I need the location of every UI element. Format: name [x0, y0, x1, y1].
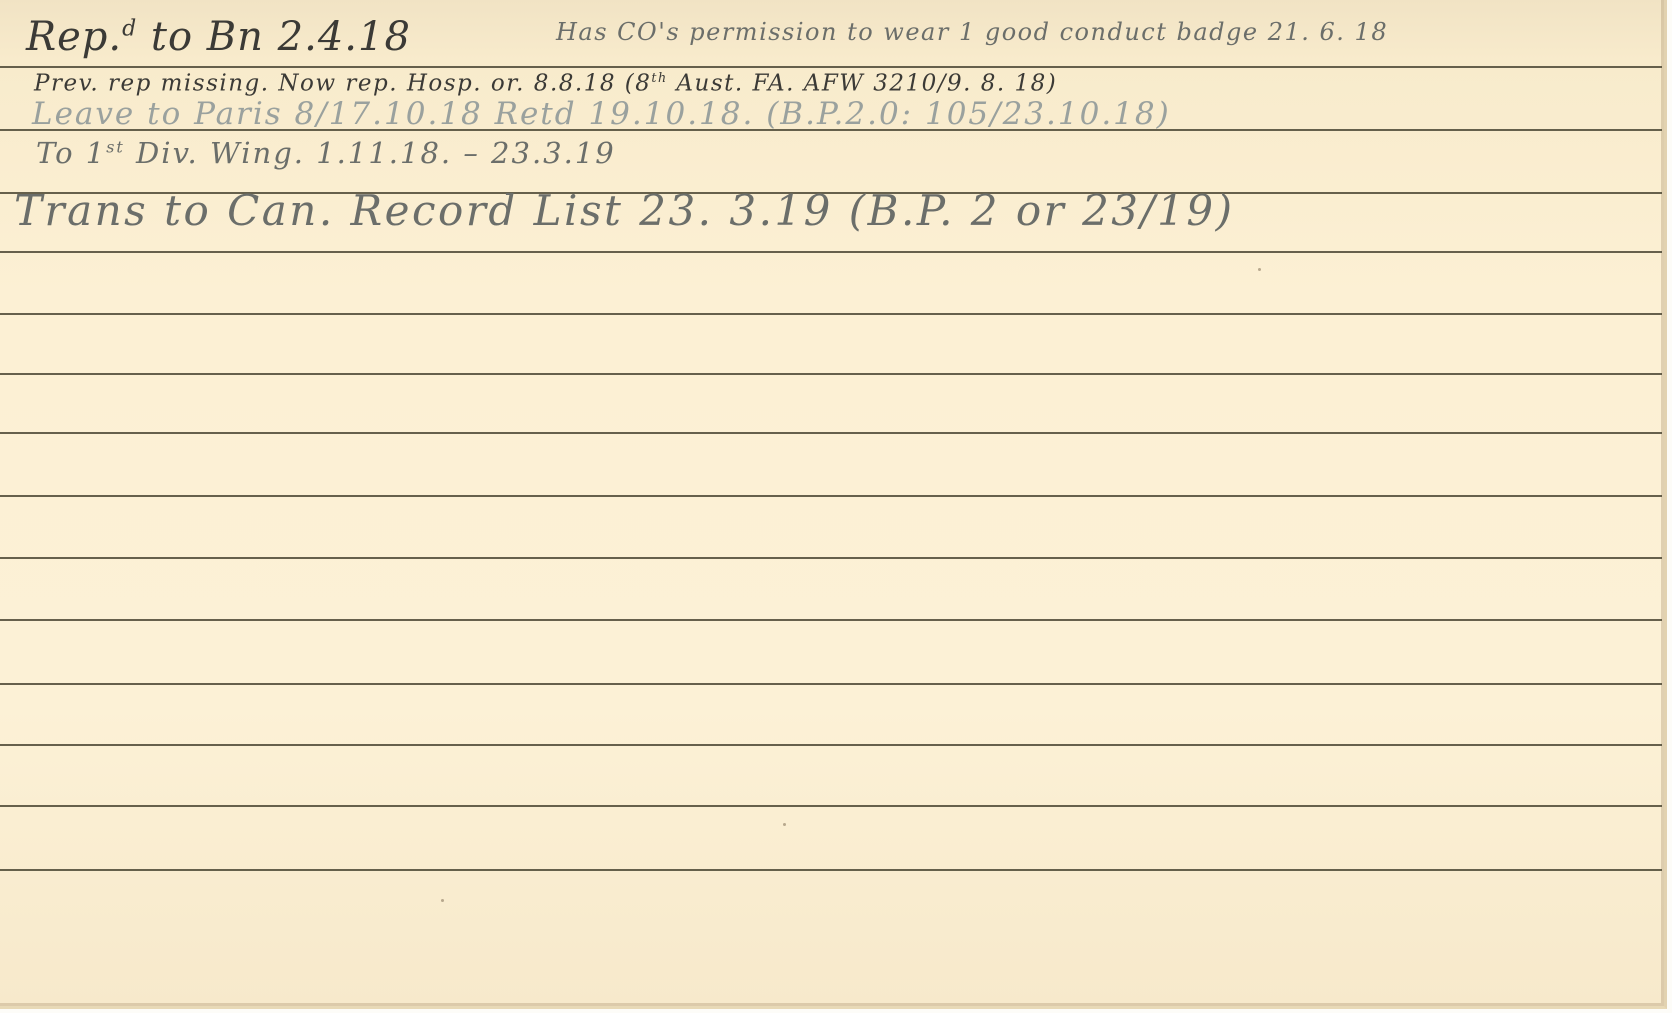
- ruled-line: [0, 619, 1662, 621]
- entry-leave-to-paris: Leave to Paris 8/17.10.18 Retd 19.10.18.…: [32, 96, 1171, 132]
- entry-text: Trans to Can. Record List 23. 3.19 (B.P.…: [14, 186, 1235, 235]
- entry-text: To 1: [36, 136, 106, 170]
- entry-text: Aust. FA. AFW 3210/9. 8. 18): [668, 71, 1058, 97]
- entry-reported-to-battalion: Rep.d to Bn 2.4.18: [26, 14, 411, 60]
- paper-speck: [441, 899, 444, 902]
- ruled-line: [0, 869, 1662, 871]
- entry-superscript: th: [651, 70, 667, 85]
- entry-text: Rep.: [26, 14, 122, 60]
- ruled-line: [0, 744, 1662, 746]
- ruled-line: [0, 683, 1662, 685]
- entry-text: Prev. rep missing. Now rep. Hosp. or. 8.…: [34, 71, 651, 97]
- entry-previously-reported-missing: Prev. rep missing. Now rep. Hosp. or. 8.…: [34, 70, 1057, 97]
- entry-text: Div. Wing. 1.11.18. – 23.3.19: [125, 136, 616, 170]
- paper-speck: [783, 823, 786, 826]
- entry-transferred-to-canada: Trans to Can. Record List 23. 3.19 (B.P.…: [14, 186, 1235, 235]
- entry-good-conduct-badge: Has CO's permission to wear 1 good condu…: [556, 18, 1388, 46]
- paper-speck: [1258, 268, 1261, 271]
- entry-to-division-wing: To 1st Div. Wing. 1.11.18. – 23.3.19: [36, 136, 616, 170]
- entry-text: Has CO's permission to wear 1 good condu…: [556, 18, 1388, 46]
- entry-superscript: st: [106, 137, 125, 156]
- entry-superscript: d: [122, 17, 137, 42]
- ruled-line: [0, 373, 1662, 375]
- ruled-line: [0, 805, 1662, 807]
- ruled-line: [0, 432, 1662, 434]
- entry-text: Leave to Paris 8/17.10.18 Retd 19.10.18.…: [32, 96, 1171, 132]
- entry-text: to Bn 2.4.18: [137, 14, 411, 60]
- ruled-line: [0, 557, 1662, 559]
- ruled-line: [0, 495, 1662, 497]
- ruled-line: [0, 251, 1662, 253]
- record-card: Rep.d to Bn 2.4.18 Has CO's permission t…: [0, 0, 1667, 1009]
- ruled-line: [0, 313, 1662, 315]
- ruled-line: [0, 66, 1662, 68]
